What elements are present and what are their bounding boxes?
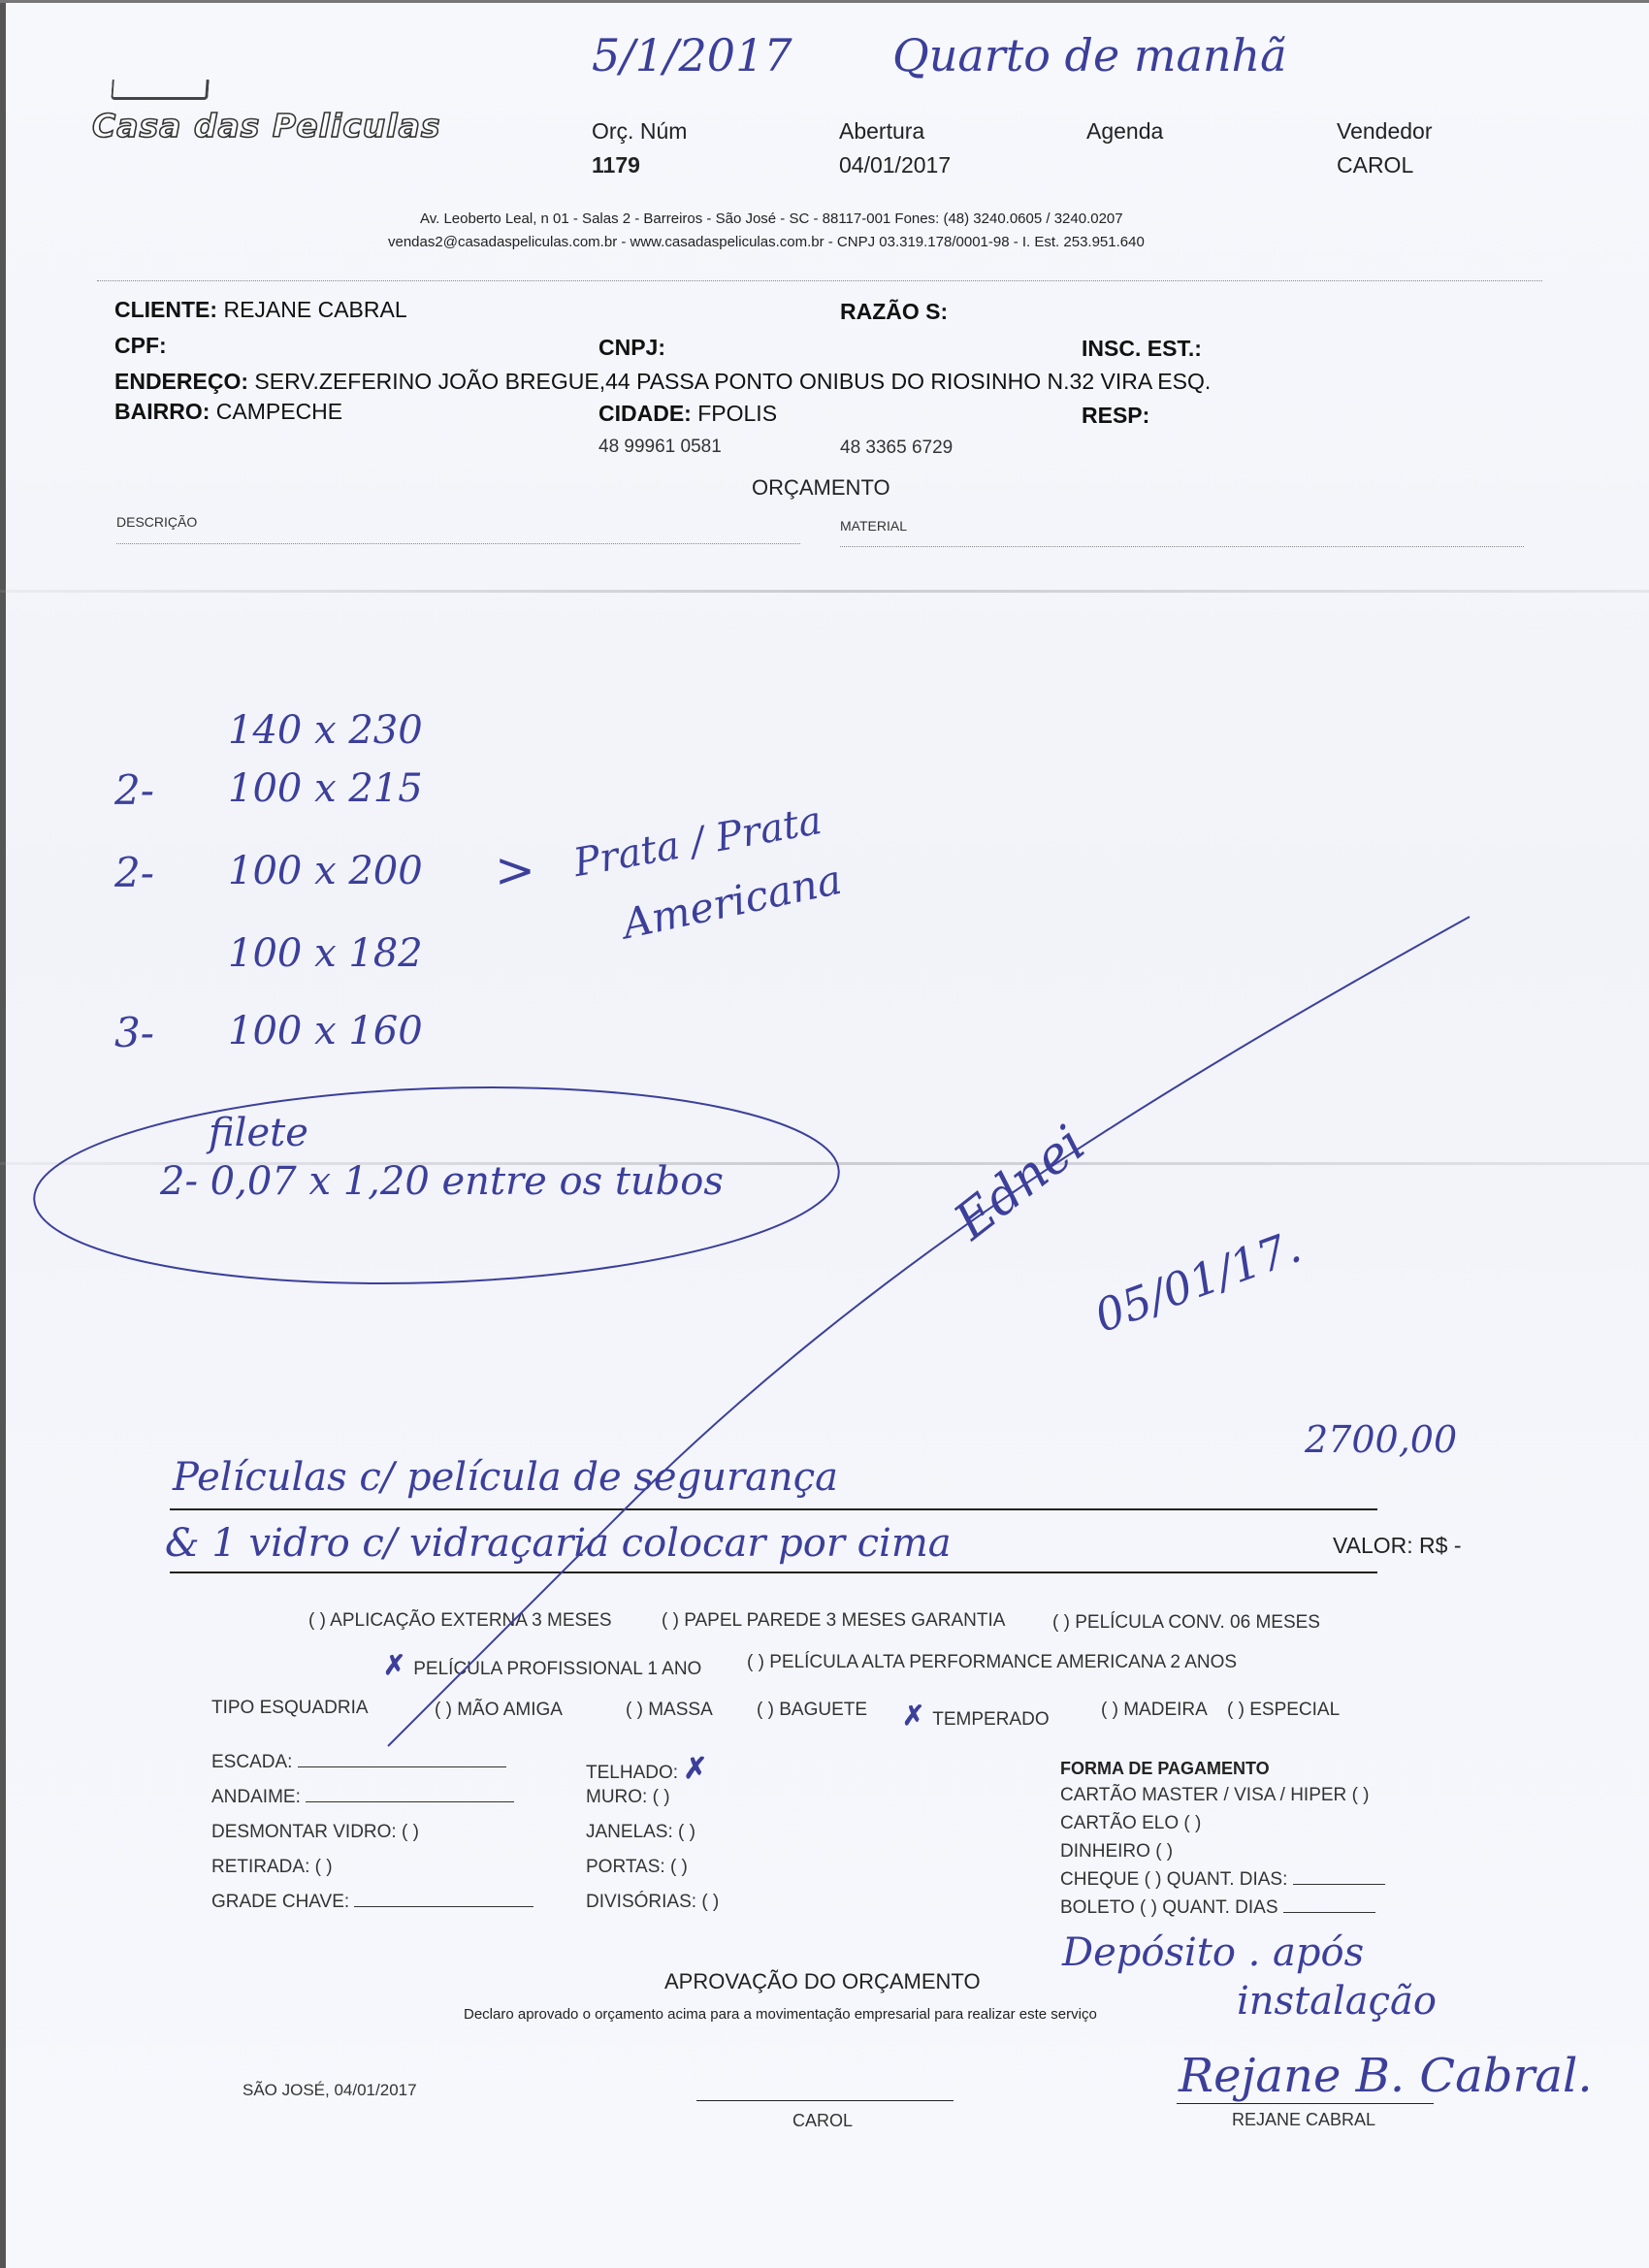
ink-strike-line (388, 917, 1470, 1746)
ink-marks (0, 0, 1649, 2268)
budget-document: Casa das Peliculas Orç. Núm 1179 Abertur… (0, 0, 1649, 2268)
ink-oval (31, 1075, 842, 1297)
